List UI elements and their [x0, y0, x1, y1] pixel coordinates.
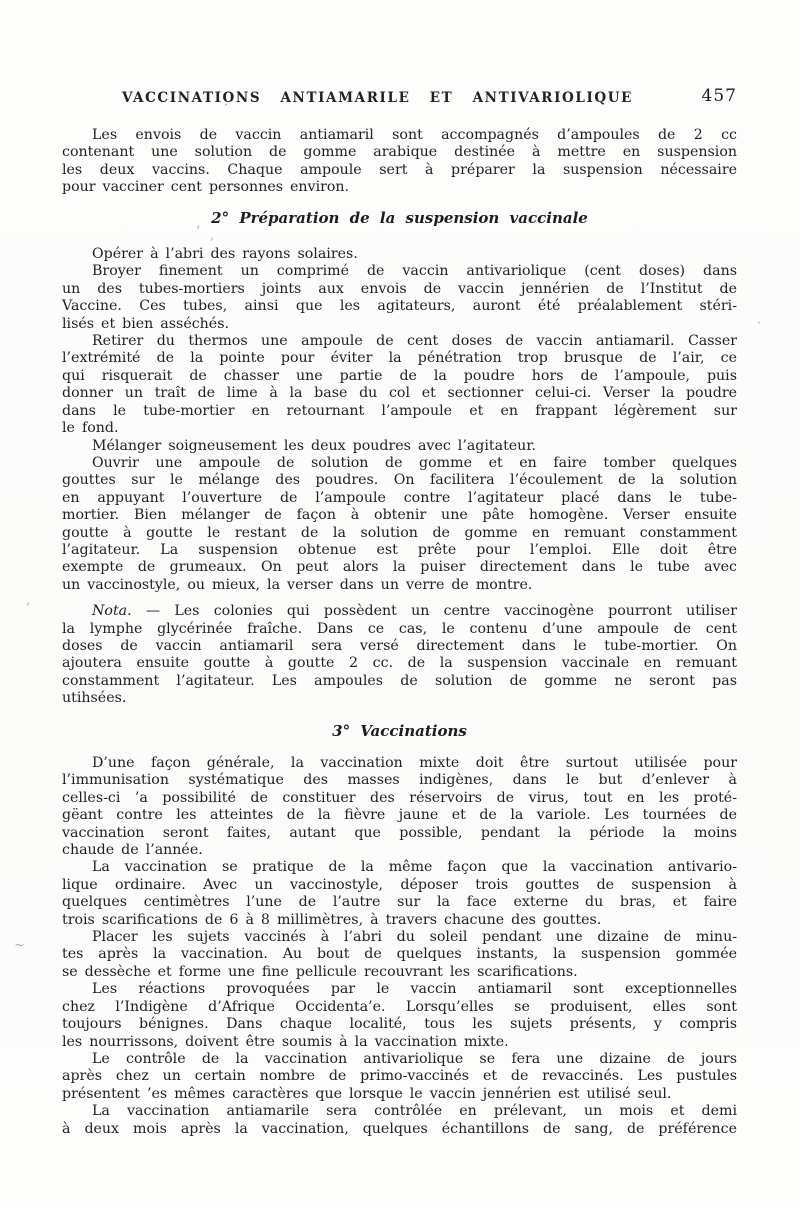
text-line: Les réactions provoquées par le vaccin a…	[62, 981, 737, 998]
running-title: VACCINATIONS ANTIAMARILE ET ANTIVARIOLIQ…	[40, 90, 715, 106]
page-number: 457	[702, 86, 737, 106]
text-line: doses de vaccin antiamaril sera versé di…	[62, 638, 737, 655]
text-line: donner un traît de lime à la base du col…	[62, 385, 737, 402]
paragraph: Les envois de vaccin antiamaril sont acc…	[62, 127, 737, 197]
text-line: Mélanger soigneusement les deux poudres …	[62, 438, 737, 455]
text-line: gouttes sur le mélange des poudres. On f…	[62, 472, 737, 489]
paragraph: D’une façon générale, la vaccination mix…	[62, 755, 737, 859]
text-line: Retirer du thermos une ampoule de cent d…	[62, 333, 737, 350]
text-line: vaccination seront faites, autant que po…	[62, 825, 737, 842]
text-line: Vaccine. Ces tubes, ainsi que les agitat…	[62, 298, 737, 315]
text-line: ajoutera ensuite goutte à goutte 2 cc. d…	[62, 655, 737, 672]
text-line: qui risquerait de chasser une partie de …	[62, 368, 737, 385]
paragraph: La vaccination antiamarile sera contrôlé…	[62, 1103, 737, 1138]
section-heading: 3° Vaccinations	[62, 723, 737, 740]
text-line: en appuyant l’ouverture de l’ampoule con…	[62, 490, 737, 507]
text-line: après chez un certain nombre de primo-va…	[62, 1068, 737, 1085]
paragraph: Ouvrir une ampoule de solution de gomme …	[62, 455, 737, 594]
text-line: celles-ci ’a possibilité de constituer d…	[62, 790, 737, 807]
text-line: à deux mois après la vaccination, quelqu…	[62, 1121, 737, 1138]
text-line: trois scarifications de 6 à 8 millimètre…	[62, 912, 737, 929]
paragraph: Retirer du thermos une ampoule de cent d…	[62, 333, 737, 437]
text-line: le fond.	[62, 420, 737, 437]
text-line: Les envois de vaccin antiamaril sont acc…	[62, 127, 737, 144]
text-line: les deux vaccins. Chaque ampoule sert à …	[62, 162, 737, 179]
text-line: quelques centimètres l’une de l’autre su…	[62, 894, 737, 911]
text-line: Nota. — Les colonies qui possèdent un ce…	[62, 603, 737, 620]
text-line: un vaccinostyle, ou mieux, la verser dan…	[62, 577, 737, 594]
section-heading: 2° Préparation de la suspension vaccinal…	[62, 210, 737, 227]
text-line: la lymphe glycérinée fraîche. Dans ce ca…	[62, 621, 737, 638]
page-header: VACCINATIONS ANTIAMARILE ET ANTIVARIOLIQ…	[0, 90, 800, 110]
text-line: l’immunisation systématique des masses i…	[62, 772, 737, 789]
text-line: chez l’Indigène d’Afrique Occidenta’e. L…	[62, 999, 737, 1016]
text-line: utihsées.	[62, 690, 737, 707]
text-line: constamment l’agitateur. Les ampoules de…	[62, 673, 737, 690]
text-line: La vaccination antiamarile sera contrôlé…	[62, 1103, 737, 1120]
text-line: se dessèche et forme une fine pellicule …	[62, 964, 737, 981]
text-line: contenant une solution de gomme arabique…	[62, 144, 737, 161]
paragraph: Broyer finement un comprimé de vaccin an…	[62, 263, 737, 333]
text-line: toujours bénignes. Dans chaque localité,…	[62, 1016, 737, 1033]
text-line: chaude de l’année.	[62, 842, 737, 859]
text-line: goutte à goutte le restant de la solutio…	[62, 525, 737, 542]
document-body: Les envois de vaccin antiamaril sont acc…	[0, 127, 800, 1138]
paragraph: La vaccination se pratique de la même fa…	[62, 859, 737, 929]
text-line: tes après la vaccination. Au bout de que…	[62, 946, 737, 963]
text-line: un des tubes-mortiers joints aux envois …	[62, 281, 737, 298]
text-line: les nourrissons, doivent être soumis à l…	[62, 1034, 737, 1051]
text-line: Ouvrir une ampoule de solution de gomme …	[62, 455, 737, 472]
text-line: exempte de grumeaux. On peut alors la pu…	[62, 559, 737, 576]
text-line: D’une façon générale, la vaccination mix…	[62, 755, 737, 772]
text-line: Opérer à l’abri des rayons solaires.	[62, 246, 737, 263]
text-line: lique ordinaire. Avec un vaccinostyle, d…	[62, 877, 737, 894]
text-line: Le contrôle de la vaccination antivariol…	[62, 1051, 737, 1068]
text-line: pour vacciner cent personnes environ.	[62, 179, 737, 196]
text-line: mortier. Bien mélanger de façon à obteni…	[62, 507, 737, 524]
text-line: lisés et bien asséchés.	[62, 316, 737, 333]
text-line: l’agitateur. La suspension obtenue est p…	[62, 542, 737, 559]
text-line: Broyer finement un comprimé de vaccin an…	[62, 263, 737, 280]
text-line: gëant contre les atteintes de la fièvre …	[62, 807, 737, 824]
paragraph: Opérer à l’abri des rayons solaires.	[62, 246, 737, 263]
text-line: dans le tube-mortier en retournant l’amp…	[62, 403, 737, 420]
paragraph: Le contrôle de la vaccination antivariol…	[62, 1051, 737, 1103]
paragraph: Nota. — Les colonies qui possèdent un ce…	[62, 603, 737, 707]
paragraph: Placer les sujets vaccinés à l’abri du s…	[62, 929, 737, 981]
paragraph: Les réactions provoquées par le vaccin a…	[62, 981, 737, 1051]
text-line: La vaccination se pratique de la même fa…	[62, 859, 737, 876]
text-line: Placer les sujets vaccinés à l’abri du s…	[62, 929, 737, 946]
document-page: VACCINATIONS ANTIAMARILE ET ANTIVARIOLIQ…	[0, 0, 800, 1207]
text-line: présentent ’es mêmes caractères que lors…	[62, 1086, 737, 1103]
text-line: l’extrémité de la pointe pour éviter la …	[62, 350, 737, 367]
paragraph: Mélanger soigneusement les deux poudres …	[62, 438, 737, 455]
